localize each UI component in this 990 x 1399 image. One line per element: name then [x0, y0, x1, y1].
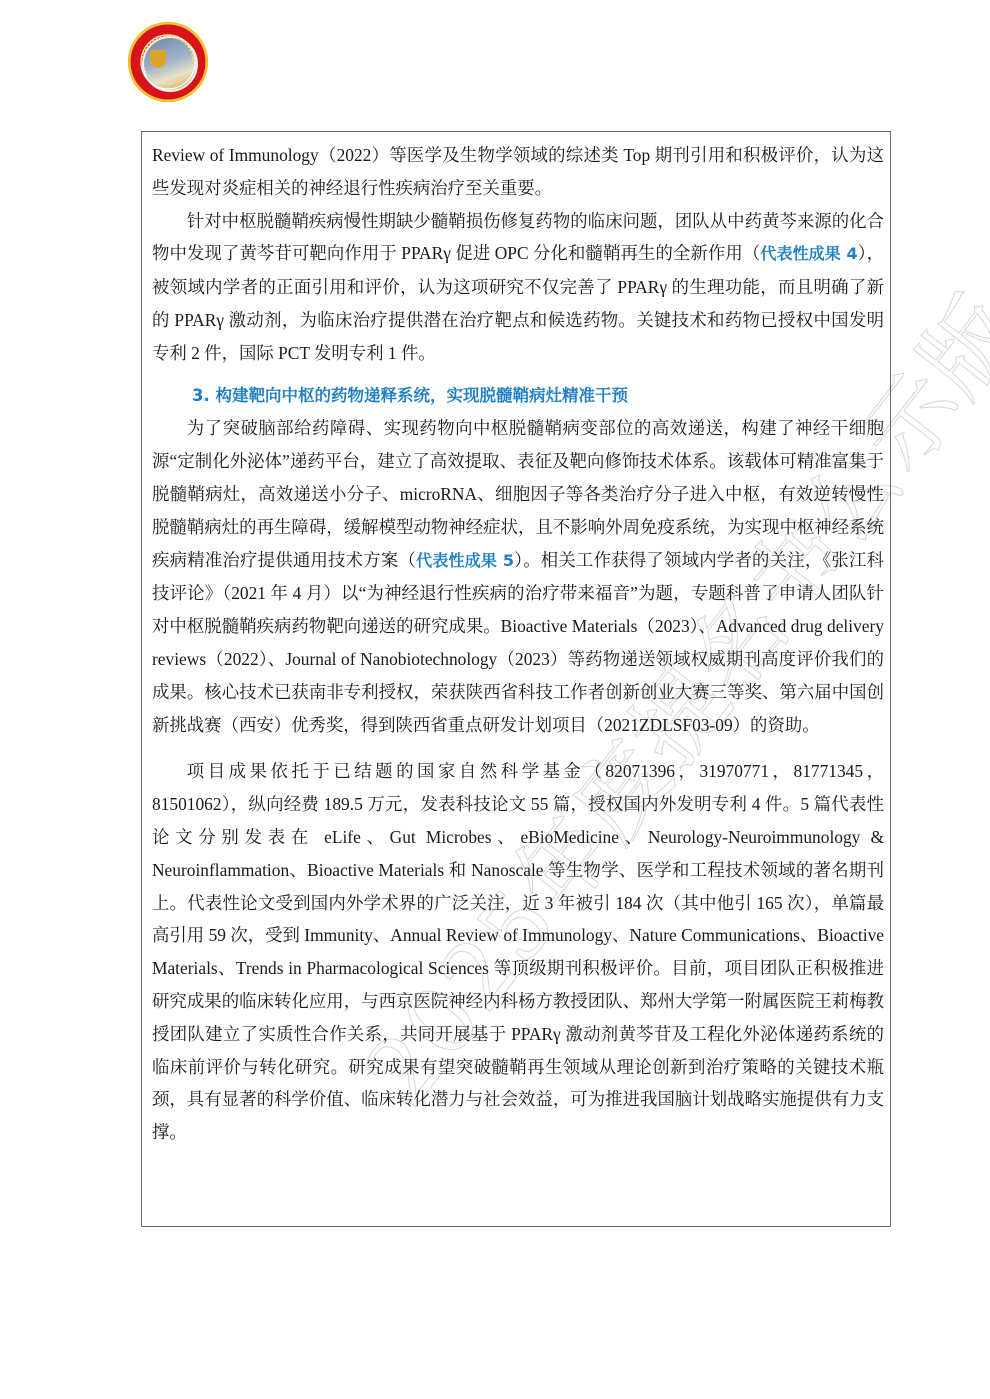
- representative-result-4-link: 代表性成果 4: [760, 244, 857, 263]
- representative-result-5-link: 代表性成果 5: [416, 551, 514, 570]
- logo-ring: [128, 22, 208, 102]
- paragraph-project-summary: 项目成果依托于已结题的国家自然科学基金（82071396，31970771，81…: [152, 755, 884, 1149]
- paragraph-text: 为了突破脑部给药障碍、实现药物向中枢脱髓鞘病变部位的高效递送，构建了神经干细胞源…: [152, 418, 884, 569]
- spacer: [152, 741, 884, 755]
- content-frame: Review of Immunology（2022）等医学及生物学领域的综述类 …: [141, 131, 891, 1227]
- section-heading-3: 3. 构建靶向中枢的药物递释系统，实现脱髓鞘病灶精准干预: [152, 380, 884, 413]
- paragraph-baicalin-pparg: 针对中枢脱髓鞘疾病慢性期缺少髓鞘损伤修复药物的临床问题，团队从中药黄芩来源的化合…: [152, 205, 884, 370]
- paragraph-review-citation: Review of Immunology（2022）等医学及生物学领域的综述类 …: [152, 139, 884, 205]
- paragraph-text: ）。相关工作获得了领域内学者的关注，《张江科技评论》（2021 年 4 月）以“…: [152, 550, 884, 735]
- document-body: Review of Immunology（2022）等医学及生物学领域的综述类 …: [152, 139, 884, 1149]
- paragraph-exosome-delivery: 为了突破脑部给药障碍、实现药物向中枢脱髓鞘病变部位的高效递送，构建了神经干细胞源…: [152, 412, 884, 741]
- spacer: [152, 370, 884, 380]
- seal-logo: [128, 22, 208, 102]
